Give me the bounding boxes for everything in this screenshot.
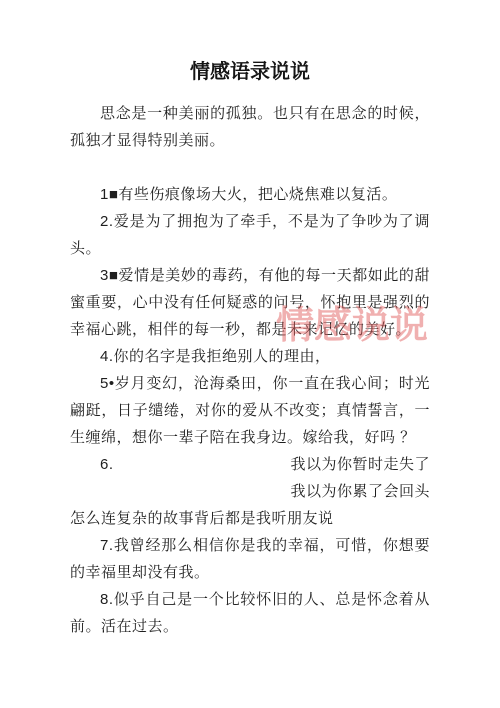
- quote-7: 7.我曾经那么相信你是我的幸福，可惜，你想要的幸福里却没有我。: [70, 532, 430, 586]
- quote-6-line3: 怎么连复杂的故事背后都是我听朋友说: [70, 505, 430, 532]
- quote-5: 5•岁月变幻，沧海桑田，你一直在我心间；时光翩跹，日子缱绻，对你的爱从不改变；真…: [70, 370, 430, 451]
- blank-line: [70, 154, 430, 181]
- quote-3: 3■爱情是美妙的毒药，有他的每一天都如此的甜蜜重要，心中没有任何疑惑的问号，怀抱…: [70, 262, 430, 343]
- quote-6-line1: 我以为你暂时走失了: [290, 451, 430, 478]
- quote-4: 4.你的名字是我拒绝别人的理由，: [70, 343, 430, 370]
- page-title: 情感语录说说: [70, 57, 430, 87]
- quote-2: 2.爱是为了拥抱为了牵手，不是为了争吵为了调头。: [70, 208, 430, 262]
- intro-paragraph: 思念是一种美丽的孤独。也只有在思念的时候，孤独才显得特别美丽。: [70, 100, 430, 154]
- quote-1: 1■有些伤痕像场大火，把心烧焦难以复活。: [70, 181, 430, 208]
- quote-6-line2: 我以为你累了会回头: [70, 478, 430, 505]
- quote-6-number: 6.: [70, 451, 114, 478]
- quote-8: 8.似乎自己是一个比较怀旧的人、总是怀念着从前。活在过去。: [70, 586, 430, 640]
- document-page: 情感语录说说 思念是一种美丽的孤独。也只有在思念的时候，孤独才显得特别美丽。 1…: [0, 57, 500, 640]
- quote-6-row: 6. 我以为你暂时走失了: [70, 451, 430, 478]
